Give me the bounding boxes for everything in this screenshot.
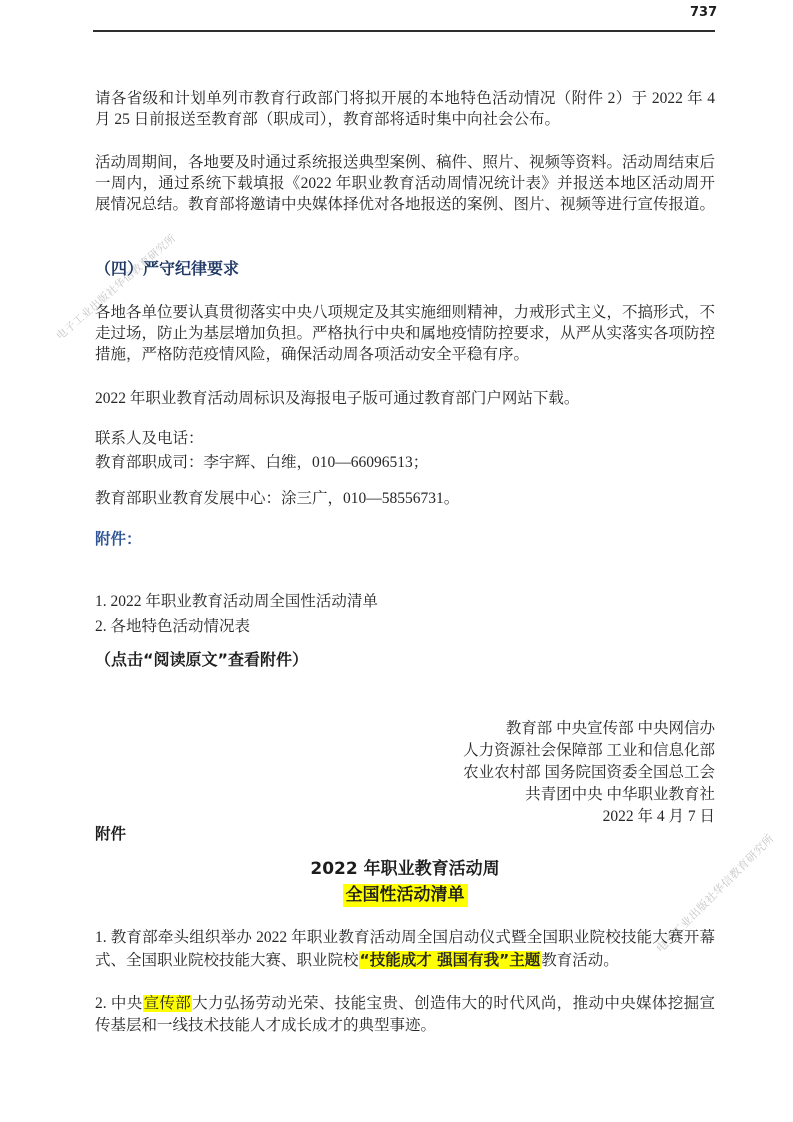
contact-block: 联系人及电话： 教育部职成司：李宇辉、白维，010—66096513； <box>95 427 715 475</box>
section-heading-discipline: （四）严守纪律要求 <box>95 258 715 280</box>
read-original-note: （点击“阅读原文”查看附件） <box>95 649 715 670</box>
paragraph-materials-submission: 活动周期间，各地要及时通过系统报送典型案例、稿件、照片、视频等资料。活动周结束后… <box>95 152 715 215</box>
appendix-title: 2022 年职业教育活动周 全国性活动清单 <box>95 858 715 907</box>
item1-text-post: 教育活动。 <box>541 952 619 969</box>
attachments-label: 附件： <box>95 529 715 550</box>
item2-highlight-xuanchuanbu: 宣传部 <box>143 995 193 1012</box>
contact-heading: 联系人及电话： <box>95 427 715 451</box>
national-activity-item-2: 2. 中央宣传部大力弘扬劳动光荣、技能宝贵、创造伟大的时代风尚，推动中央媒体挖掘… <box>95 993 715 1037</box>
paragraph-report-deadline: 请各省级和计划单列市教育行政部门将拟开展的本地特色活动情况（附件 2）于 202… <box>95 88 715 130</box>
appendix-label: 附件 <box>95 824 715 845</box>
document-page: 737 电子工业出版社华信教育研究所 电子工业出版社华信教育研究所 请各省级和计… <box>0 0 793 1122</box>
signature-block: 教育部 中央宣传部 中央网信办 人力资源社会保障部 工业和信息化部 农业农村部 … <box>95 718 715 828</box>
paragraph-logo-download: 2022 年职业教育活动周标识及海报电子版可通过教育部门户网站下载。 <box>95 388 715 409</box>
item1-highlight-theme: “技能成才 强国有我”主题 <box>359 951 542 969</box>
contact-line-zhichengsi: 教育部职成司：李宇辉、白维，010—66096513； <box>95 451 715 475</box>
signature-line: 教育部 中央宣传部 中央网信办 <box>95 718 715 740</box>
attachment-list: 1. 2022 年职业教育活动周全国性活动清单 2. 各地特色活动情况表 <box>95 589 715 639</box>
header-rule <box>93 30 715 32</box>
contact-line-development-center: 教育部职业教育发展中心：涂三广，010—58556731。 <box>95 488 715 509</box>
item2-text-pre: 2. 中央 <box>95 995 143 1012</box>
appendix-title-line2-highlighted: 全国性活动清单 <box>343 884 468 907</box>
attachment-item-2: 2. 各地特色活动情况表 <box>95 614 715 639</box>
signature-line: 人力资源社会保障部 工业和信息化部 <box>95 740 715 762</box>
signature-line: 农业农村部 国务院国资委全国总工会 <box>95 762 715 784</box>
national-activity-item-1: 1. 教育部牵头组织举办 2022 年职业教育活动周全国启动仪式暨全国职业院校技… <box>95 927 715 972</box>
page-number: 737 <box>690 5 717 20</box>
paragraph-discipline: 各地各单位要认真贯彻落实中央八项规定及其实施细则精神，力戒形式主义，不搞形式，不… <box>95 302 715 365</box>
attachment-item-1: 1. 2022 年职业教育活动周全国性活动清单 <box>95 589 715 614</box>
signature-line: 共青团中央 中华职业教育社 <box>95 784 715 806</box>
appendix-title-line1: 2022 年职业教育活动周 <box>95 858 715 881</box>
